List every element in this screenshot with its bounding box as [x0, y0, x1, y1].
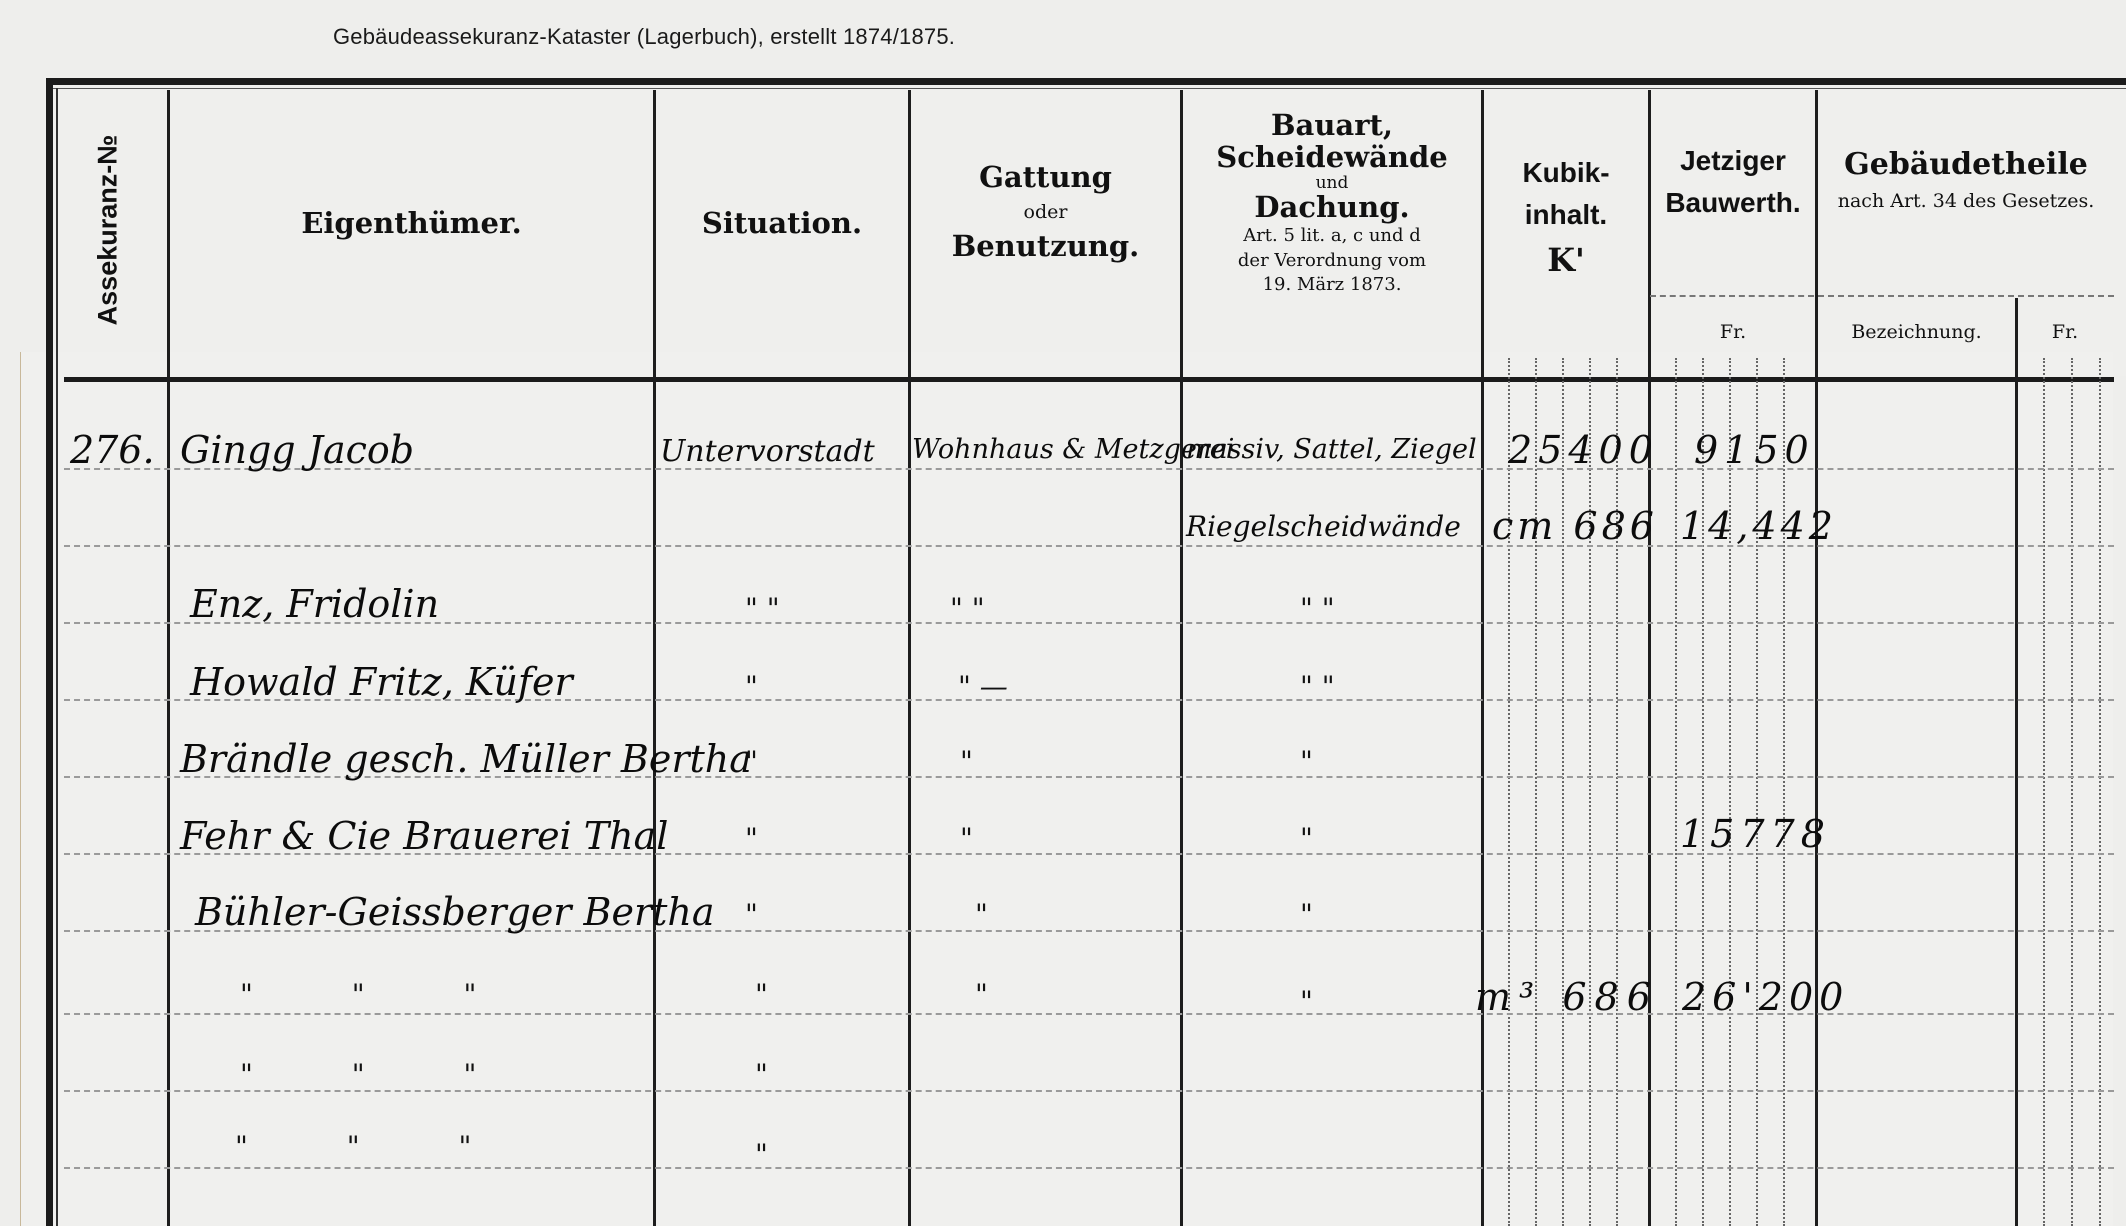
rows-sheet [20, 352, 2113, 1226]
kubik-value: cm 686 [1492, 504, 1658, 548]
kubik-value: 25400 [1508, 428, 1659, 472]
header-bauwerth: Jetziger Bauwerth. [1651, 140, 1815, 224]
ditto-mark: " " " [240, 1058, 476, 1091]
digit-guide [1756, 358, 1758, 1226]
bauart-value: massiv, Sattel, Ziegel [1186, 434, 1477, 465]
ditto-mark: " [960, 822, 973, 855]
ditto-mark: " " [1300, 670, 1335, 703]
owner-name: Brändle gesch. Müller Bertha [180, 737, 752, 781]
row-line [64, 1167, 2114, 1169]
assekuranz-number: 276. [70, 428, 155, 472]
ditto-mark: " " " [240, 978, 476, 1011]
digit-guide [1783, 358, 1785, 1226]
header-bauwerth-line1: Jetziger [1651, 140, 1815, 182]
header-bauart: Bauart, Scheidewände und Dachung. Art. 5… [1183, 110, 1481, 297]
bauwerth-value: 9150 [1694, 428, 1815, 472]
gebaeudetheile-subheader-line [1818, 295, 2114, 297]
digit-guide [1675, 358, 1677, 1226]
header-kubik-line2: inhalt. [1484, 194, 1648, 236]
digit-guide [1729, 358, 1731, 1226]
ditto-mark: " [745, 822, 758, 855]
ditto-mark: " [1300, 822, 1313, 855]
ditto-mark: " [1300, 985, 1313, 1018]
header-gebaeudetheile-subtitle: nach Art. 34 des Gesetzes. [1818, 191, 2114, 212]
ditto-mark: " [975, 898, 988, 931]
document-caption: Gebäudeassekuranz-Kataster (Lagerbuch), … [333, 24, 955, 50]
header-kubik-line3: K' [1484, 236, 1648, 284]
ditto-mark: " " " [235, 1130, 471, 1163]
header-bauart-line4: Dachung. [1183, 192, 1481, 224]
header-bauwerth-unit: Fr. [1651, 322, 1815, 343]
header-assekuranz-nr: Assekuranz-№ [88, 130, 128, 330]
ditto-mark: " [755, 1058, 768, 1091]
col-divider [2015, 298, 2018, 1226]
digit-guide [2071, 358, 2073, 1226]
header-gattung-line1: Gattung [911, 162, 1180, 194]
header-kubik-line1: Kubik- [1484, 152, 1648, 194]
header-bauart-note3: 19. März 1873. [1183, 273, 1481, 297]
table-top-rule [52, 88, 2126, 89]
digit-guide [1616, 358, 1618, 1226]
ditto-mark: " [745, 898, 758, 931]
digit-guide [1702, 358, 1704, 1226]
header-kubik: Kubik- inhalt. K' [1484, 152, 1648, 284]
owner-name: Fehr & Cie Brauerei Thal [180, 814, 668, 858]
ditto-mark: " — [958, 670, 1008, 703]
table-left-rule [56, 88, 58, 1226]
ditto-mark: " [745, 745, 758, 778]
digit-guide [2099, 358, 2101, 1226]
table-left-border [46, 78, 53, 1226]
digit-guide [1535, 358, 1537, 1226]
ditto-mark: " " [950, 592, 985, 625]
owner-name: Enz, Fridolin [190, 582, 439, 626]
header-bottom-border [64, 377, 2114, 382]
ditto-mark: " [755, 1138, 768, 1171]
kubik-value: m³ 686 [1475, 975, 1659, 1019]
owner-name: Howald Fritz, Küfer [190, 660, 573, 704]
digit-guide [1589, 358, 1591, 1226]
header-eigenthuemer: Eigenthümer. [170, 208, 653, 240]
header-gebaeudetheile-title: Gebäudetheile [1818, 148, 2114, 181]
col-divider [1815, 90, 1818, 1226]
header-assekuranz-nr-label: Assekuranz-№ [93, 135, 124, 326]
table-top-border [46, 78, 2126, 85]
col-divider [653, 90, 656, 1226]
col-divider [1648, 90, 1651, 1226]
bauart-value: Riegelscheidwände [1186, 510, 1461, 543]
header-teile-unit: Fr. [2018, 322, 2112, 343]
header-gattung-line2: oder [911, 202, 1180, 223]
ditto-mark: " [745, 670, 758, 703]
owner-name: Bühler-Geissberger Bertha [195, 890, 715, 934]
bauwerth-value: 26'200 [1682, 975, 1849, 1019]
digit-guide [1508, 358, 1510, 1226]
ditto-mark: " [755, 978, 768, 1011]
bauwerth-value: 15778 [1680, 812, 1831, 856]
col-divider [167, 90, 170, 1226]
digit-guide [1562, 358, 1564, 1226]
digit-guide [2043, 358, 2045, 1226]
bauwerth-value: 14,442 [1680, 504, 1837, 548]
header-situation: Situation. [656, 208, 908, 240]
ditto-mark: " [960, 745, 973, 778]
ditto-mark: " [1300, 745, 1313, 778]
ditto-mark: " " [745, 592, 780, 625]
header-gattung-line3: Benutzung. [911, 231, 1180, 263]
header-bauart-line2: Scheidewände [1183, 142, 1481, 174]
header-gattung: Gattung oder Benutzung. [911, 162, 1180, 263]
header-bauart-line1: Bauart, [1183, 110, 1481, 142]
header-bezeichnung: Bezeichnung. [1818, 322, 2015, 343]
ditto-mark: " " [1300, 592, 1335, 625]
header-bauwerth-line2: Bauwerth. [1651, 182, 1815, 224]
header-gebaeudetheile: Gebäudetheile nach Art. 34 des Gesetzes. [1818, 148, 2114, 212]
ditto-mark: " [975, 978, 988, 1011]
ditto-mark: " [1300, 898, 1313, 931]
owner-name: Gingg Jacob [180, 428, 414, 472]
header-bauart-note1: Art. 5 lit. a, c und d [1183, 224, 1481, 248]
situation-value: Untervorstadt [660, 434, 875, 469]
bauwerth-subheader-line [1650, 295, 1814, 297]
header-bauart-note2: der Verordnung vom [1183, 249, 1481, 273]
